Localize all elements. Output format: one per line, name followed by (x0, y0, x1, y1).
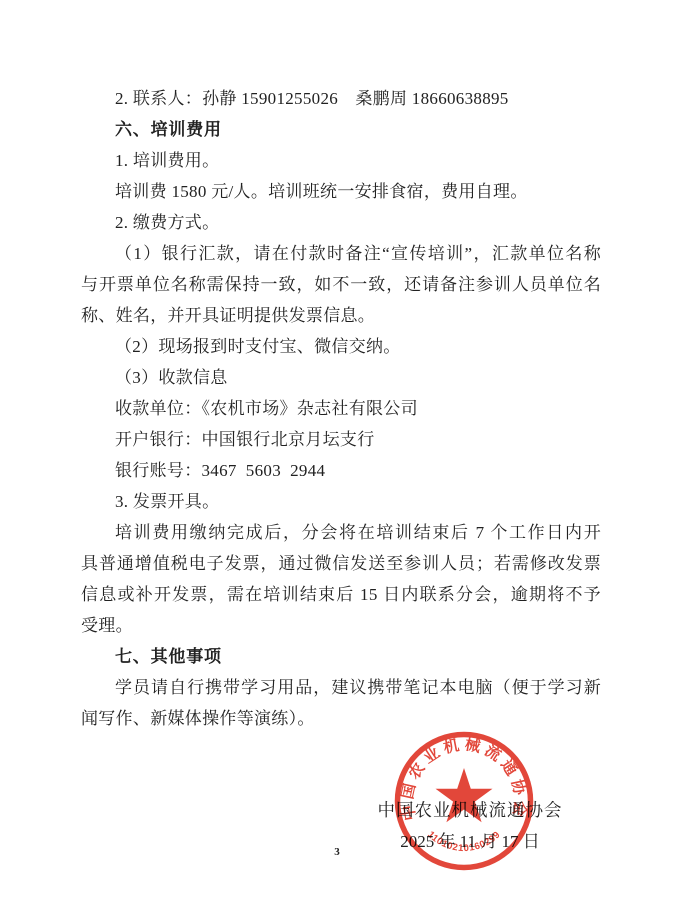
stamp-serial-number: 11010210160299 (425, 829, 503, 854)
stamp-star-icon (436, 768, 493, 822)
document-line: 学员请自行携带学习用品，建议携带笔记本电脑（便于学习新 (81, 672, 601, 703)
document-page: 2. 联系人：孙静 15901255026 桑鹏周 18660638895六、培… (0, 0, 681, 924)
official-seal-stamp: 中国农业机械流通协会 11010210160299 (384, 721, 544, 881)
document-line: （3）收款信息 (81, 362, 601, 393)
document-line: 培训费用缴纳完成后，分会将在培训结束后 7 个工作日内开 (81, 517, 601, 548)
document-line: 具普通增值税电子发票，通过微信发送至参训人员；若需修改发票 (81, 548, 601, 579)
document-line: 2. 联系人：孙静 15901255026 桑鹏周 18660638895 (81, 83, 601, 114)
document-line: 与开票单位名称需保持一致，如不一致，还请备注参训人员单位名 (81, 269, 601, 300)
page-number: 3 (327, 846, 347, 858)
document-line: 六、培训费用 (81, 114, 601, 145)
document-body: 2. 联系人：孙静 15901255026 桑鹏周 18660638895六、培… (81, 83, 601, 734)
svg-text:11010210160299: 11010210160299 (425, 829, 503, 854)
document-line: 收款单位：《农机市场》杂志社有限公司 (81, 393, 601, 424)
document-line: （2）现场报到时支付宝、微信交纳。 (81, 331, 601, 362)
document-line: 称、姓名，并开具证明提供发票信息。 (81, 300, 601, 331)
document-line: 培训费 1580 元/人。培训班统一安排食宿，费用自理。 (81, 176, 601, 207)
document-line: （1）银行汇款，请在付款时备注“宣传培训”，汇款单位名称 (81, 238, 601, 269)
document-line: 受理。 (81, 610, 601, 641)
document-line: 银行账号：3467 5603 2944 (81, 455, 601, 486)
document-line: 2. 缴费方式。 (81, 207, 601, 238)
document-line: 1. 培训费用。 (81, 145, 601, 176)
document-line: 3. 发票开具。 (81, 486, 601, 517)
document-line: 开户银行：中国银行北京月坛支行 (81, 424, 601, 455)
document-line: 信息或补开发票，需在培训结束后 15 日内联系分会，逾期将不予 (81, 579, 601, 610)
document-line: 七、其他事项 (81, 641, 601, 672)
